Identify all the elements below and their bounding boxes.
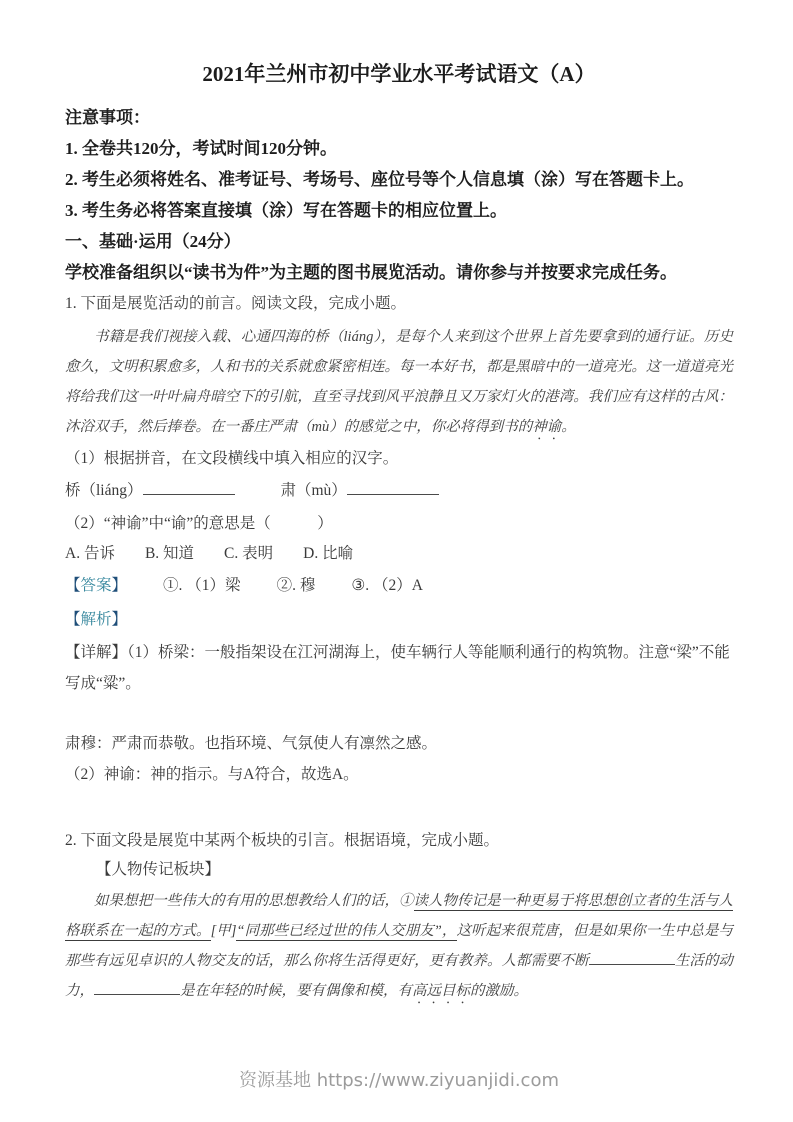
q1-passage-period: 。 [561,419,576,435]
q1-stem: 1. 下面是展览活动的前言。阅读文段，完成小题。 [65,288,733,319]
pinyin-label-qiao: 桥（liáng） [65,482,143,499]
exam-document-page: 2021年兰州市初中学业水平考试语文（A） 注意事项： 1. 全卷共120分，考… [0,0,793,1122]
q1-passage-emphasized-word: 神谕 [532,419,561,435]
q2-seg1: 如果想把一些伟大的有用的思想教给人们的话，① [94,893,414,909]
answer-bracket-close: 】 [112,577,128,594]
notice-item-1: 1. 全卷共120分，考试时间120分钟。 [65,133,733,164]
analysis-bracket-close: 】 [112,611,128,628]
analysis-label: 解析 [81,611,112,628]
answer-bracket-open: 【 [65,577,81,594]
answer-label: 答案 [81,577,112,594]
q2-underlined-sentence-2: “同那些已经过世的伟人交朋友”， [236,923,456,941]
notice-item-3: 3. 考生务必将答案直接填（涂）写在答题卡的相应位置上。 [65,195,733,226]
option-b: B. 知道 [145,545,194,562]
task-intro: 学校准备组织以“读书为件”为主题的图书展览活动。请你参与并按要求完成任务。 [65,257,733,288]
q1-detail-sumu: 肃穆：严肃而恭敬。也指环境、气氛使人有凛然之感。 [65,728,733,759]
q1-passage: 书籍是我们视接入载、心通四海的桥（liáng），是每个人来到这个世界上首先要拿到… [65,322,733,443]
q1-options-row: A. 告诉B. 知道C. 表明D. 比喻 [65,539,733,569]
q1-sub-question-2: （2）“神谕”中“谕”的意思是（ ） [65,508,733,539]
q2-answer-blank-1 [589,950,675,965]
option-c: C. 表明 [224,545,273,562]
page-title: 2021年兰州市初中学业水平考试语文（A） [65,60,733,88]
q2-jia-marker: [甲] [211,923,237,939]
option-d: D. 比喻 [303,545,353,562]
notice-item-2: 2. 考生必须将姓名、准考证号、考场号、座位号等个人信息填（涂）写在答题卡上。 [65,164,733,195]
q1-sub-question-1: （1）根据拼音，在文段横线中填入相应的汉字。 [65,443,733,474]
q2-emphasized-phrase: 高远目标 [412,983,470,999]
notice-heading: 注意事项： [65,102,733,133]
q2-stem: 2. 下面文段是展览中某两个板块的引言。根据语境，完成小题。 [65,825,733,856]
q1-fill-blanks-row: 桥（liáng）肃（mù） [65,474,733,508]
q2-seg7: 是在年轻的时候，要有偶像和模，有 [180,983,412,999]
q1-detail-explanation: 【详解】（1）桥梁：一般指架设在江河湖海上，使车辆行人等能顺利通行的构筑物。注意… [65,637,733,699]
answer-item-1: ①. （1）梁 [163,577,241,594]
pinyin-label-su: 肃（mù） [281,482,347,499]
answer-blank-line-2 [347,480,439,495]
answer-item-2: ②. 穆 [277,577,316,594]
q2-answer-blank-2 [94,980,180,995]
q2-passage: 如果想把一些伟大的有用的思想教给人们的话，①读人物传记是一种更易于将思想创立者的… [65,886,733,1007]
q1-passage-body: 书籍是我们视接入载、心通四海的桥（liáng），是每个人来到这个世界上首先要拿到… [65,329,733,435]
q1-detail-shenyu: （2）神谕：神的指示。与A符合，故选A。 [65,759,733,790]
section-heading: 一、基础·运用（24分） [65,226,733,257]
analysis-bracket-open: 【 [65,611,81,628]
q2-seg9: 的激励。 [470,983,528,999]
answer-blank-line-1 [143,480,235,495]
option-a: A. 告诉 [65,545,115,562]
watermark-text: 资源基地 https://www.ziyuanjidi.com [65,1067,733,1095]
answer-item-3: ③. （2）A [351,577,423,594]
q1-analysis-row: 【解析】 [65,603,733,637]
q2-block-title: 【人物传记板块】 [65,856,733,884]
q1-answer-row: 【答案】①. （1）梁②. 穆③. （2）A [65,569,733,603]
